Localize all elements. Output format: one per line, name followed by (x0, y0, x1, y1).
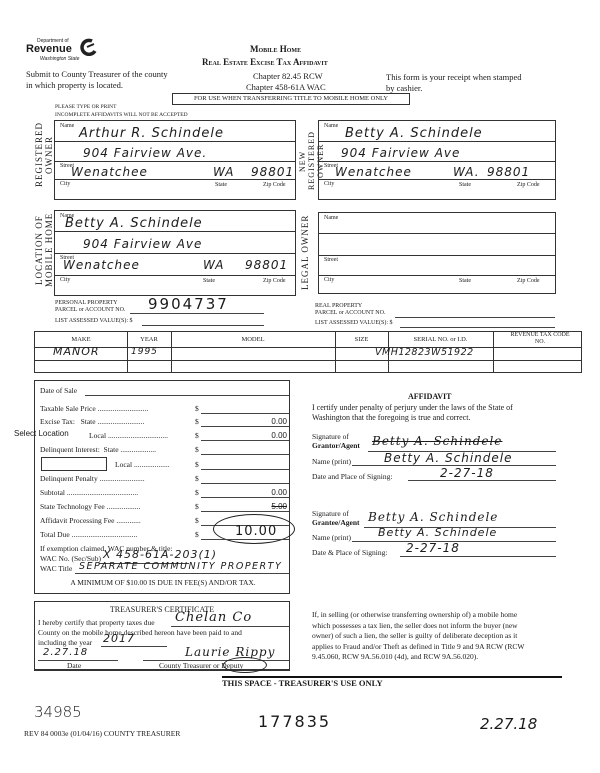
dollar-sign: $ (195, 488, 199, 497)
treasurer-use-only-label: THIS SPACE - TREASURER'S USE ONLY (222, 678, 383, 688)
state-label: State (203, 278, 215, 284)
registered-owner-name[interactable]: Arthur R. Schindele (79, 126, 224, 141)
new-registered-owner-box: Name Betty A. Schindele 904 Fairview Ave… (318, 120, 556, 200)
header-size: SIZE (335, 336, 388, 343)
treasurer-line1: I hereby certify that property taxes due (38, 618, 155, 627)
new-owner-zip[interactable]: 98801 (487, 165, 530, 179)
location-state[interactable]: WA (203, 258, 224, 272)
delinquent-local-label: Local ................... (115, 460, 170, 469)
total-due-label: Total Due ..............................… (40, 530, 137, 539)
excise-state-amount[interactable]: 0.00 (227, 417, 287, 426)
real-assessed-label: LIST ASSESSED VALUE(S): $ (315, 320, 393, 326)
grantee-sig-label-line2: Grantee/Agent (312, 518, 360, 527)
dollar-sign: $ (195, 474, 199, 483)
name-label: Name (60, 123, 74, 129)
handwritten-left-number: 34985 (34, 703, 82, 721)
dollar-sign: $ (195, 516, 199, 525)
personal-parcel-label: PARCEL or ACCOUNT NO. (55, 307, 125, 313)
header-model: MODEL (171, 336, 335, 343)
grantor-signature-label: Signature of Grantor/Agent (312, 432, 360, 450)
grantee-signature[interactable]: Betty A. Schindele (368, 510, 498, 524)
home-year[interactable]: 1995 (131, 347, 158, 357)
location-box: Name Betty A. Schindele 904 Fairview Ave… (54, 210, 296, 296)
treasurer-certificate-box: TREASURER'S CERTIFICATE I hereby certify… (34, 601, 290, 671)
lien-notice-line3: owner) of such a lien, the seller is gui… (312, 631, 524, 642)
excise-local-amount[interactable]: 0.00 (227, 431, 287, 440)
grantor-name[interactable]: Betty A. Schindele (384, 451, 512, 465)
registered-owner-box: Name Arthur R. Schindele 904 Fairview Av… (54, 120, 296, 200)
state-label: State (459, 182, 471, 188)
submit-note-line2: in which property is located. (26, 80, 168, 91)
street-label: Street (324, 257, 338, 263)
lien-notice-line5: 9.45.060, RCW 9A.56.010 (4d), and RCW 9A… (312, 652, 524, 663)
grantee-name-label: Name (print) (312, 533, 351, 542)
delinquent-penalty-label: Delinquent Penalty .....................… (40, 474, 145, 483)
grantee-date-label: Date & Place of Signing: (312, 548, 387, 557)
submit-note: Submit to County Treasurer of the county… (26, 69, 168, 91)
usage-banner: FOR USE WHEN TRANSFERRING TITLE TO MOBIL… (172, 93, 410, 105)
affidavit-cert-line2: Washington that the foregoing is true an… (312, 413, 470, 422)
registered-owner-city[interactable]: Wenatchee (71, 165, 148, 179)
handwritten-right-date: 2.27.18 (480, 715, 537, 733)
grantor-date[interactable]: 2-27-18 (440, 466, 494, 480)
location-address[interactable]: 904 Fairview Ave (83, 237, 202, 251)
new-owner-address[interactable]: 904 Fairview Ave (341, 146, 460, 160)
treasurer-signature[interactable]: Laurie Rippy (185, 645, 275, 659)
dollar-sign: $ (195, 530, 199, 539)
zip-label: Zip Code (263, 278, 286, 284)
header-make: MAKE (35, 336, 127, 343)
excise-label-text: Excise Tax: (40, 417, 75, 426)
city-label: City (60, 277, 70, 283)
real-property-label: REAL PROPERTY (315, 303, 362, 309)
city-label: City (324, 277, 334, 283)
delinquent-penalty-text: Delinquent Penalty (40, 474, 98, 483)
deputy-circle (223, 657, 267, 673)
treasurer-date-label: Date (67, 661, 81, 670)
receipt-note-line1: This form is your receipt when stamped (386, 72, 522, 83)
wac-title-label: WAC Title (40, 564, 72, 573)
treasurer-line3: including the year (38, 638, 92, 647)
dollar-sign: $ (195, 417, 199, 426)
grantor-signature[interactable]: Betty A. Schindele (372, 434, 502, 448)
registered-owner-zip[interactable]: 98801 (251, 165, 294, 179)
grantee-sig-label-line1: Signature of (312, 509, 360, 518)
subtotal-label: Subtotal ...............................… (40, 488, 138, 497)
processing-fee-text: Affidavit Processing Fee (40, 516, 114, 525)
excise-state-label: State (81, 417, 96, 426)
mobile-home-table: MAKE YEAR MODEL SIZE SERIAL NO. or I.D. … (34, 331, 582, 373)
grantor-sig-label-line1: Signature of (312, 432, 360, 441)
personal-parcel-number[interactable]: 9904737 (148, 295, 229, 313)
wac-number[interactable]: X 458-61A-203(1) (103, 548, 217, 561)
subtotal-amount[interactable]: 0.00 (227, 488, 287, 497)
real-parcel-label: PARCEL or ACCOUNT NO. (315, 310, 385, 316)
total-due-text: Total Due (40, 530, 70, 539)
form-title-line1: Mobile Home (250, 44, 301, 54)
delinquent-interest-text: Delinquent Interest: (40, 445, 100, 454)
section-label-legal-owner: LEGAL OWNER (300, 212, 316, 292)
personal-property-label: PERSONAL PROPERTY (55, 300, 118, 306)
treasurer-date[interactable]: 2.27.18 (43, 647, 88, 658)
select-location-label: Select Location (14, 429, 69, 438)
treasurer-year[interactable]: 2017 (103, 632, 135, 645)
taxable-price-label: Taxable Sale Price .....................… (40, 404, 148, 413)
handwritten-center-number: 177835 (258, 712, 331, 731)
processing-fee-label: Affidavit Processing Fee ............. (40, 516, 141, 525)
grantor-name-label: Name (print) (312, 457, 351, 466)
affidavit-title: AFFIDAVIT (408, 392, 451, 401)
tech-fee-amount[interactable]: 5.00 (227, 502, 287, 511)
lien-notice-line1: If, in selling (or otherwise transferrin… (312, 610, 524, 621)
taxable-price-text: Taxable Sale Price (40, 404, 96, 413)
delinquent-interest-label: Delinquent Interest: State .............… (40, 445, 156, 454)
lien-notice: If, in selling (or otherwise transferrin… (312, 610, 524, 663)
zip-label: Zip Code (517, 278, 540, 284)
section-label-new-registered-owner: NEW REGISTERED OWNER (298, 120, 320, 202)
lien-notice-line2: which possesses a tax lien, the seller d… (312, 621, 524, 632)
minimum-due-note: A MINIMUM OF $10.00 IS DUE IN FEE(S) AND… (35, 578, 291, 587)
dollar-sign: $ (195, 502, 199, 511)
dollar-sign: $ (195, 404, 199, 413)
zip-label: Zip Code (517, 182, 540, 188)
zip-label: Zip Code (263, 182, 286, 188)
logo-name: Revenue (26, 43, 72, 55)
instruction-type: PLEASE TYPE OR PRINT (55, 104, 116, 110)
chapter-rcw: Chapter 82.45 RCW (253, 71, 323, 81)
form-title-line2: Real Estate Excise Tax Affidavit (202, 57, 328, 67)
new-owner-city[interactable]: Wenatchee (335, 165, 412, 179)
location-select-box[interactable] (41, 457, 107, 471)
location-zip[interactable]: 98801 (245, 258, 288, 272)
dor-swirl-logo-icon (78, 38, 100, 56)
legal-owner-box: Name Street City State Zip Code (318, 212, 556, 294)
excise-local-text: Local (89, 431, 106, 440)
home-make[interactable]: MANOR (53, 345, 100, 358)
tech-fee-label: State Technology Fee .................. (40, 502, 140, 511)
grantee-date[interactable]: 2-27-18 (406, 541, 460, 555)
location-name[interactable]: Betty A. Schindele (65, 216, 203, 231)
personal-assessed-label: LIST ASSESSED VALUE(S): $ (55, 318, 133, 324)
city-label: City (324, 181, 334, 187)
excise-tax-label: Excise Tax: State ......................… (40, 417, 144, 426)
usage-banner-text: FOR USE WHEN TRANSFERRING TITLE TO MOBIL… (194, 95, 388, 102)
form-number: REV 84 0003e (01/04/16) COUNTY TREASURER (24, 729, 180, 738)
subtotal-text: Subtotal (40, 488, 65, 497)
state-label: State (459, 278, 471, 284)
grantor-sig-label-line2: Grantor/Agent (312, 441, 360, 450)
grantor-date-label: Date and Place of Signing: (312, 472, 392, 481)
grantee-name[interactable]: Betty A. Schindele (378, 526, 497, 539)
grantee-signature-label: Signature of Grantee/Agent (312, 509, 360, 527)
delinquent-local-text: Local (115, 460, 132, 469)
new-owner-name[interactable]: Betty A. Schindele (345, 126, 483, 141)
instruction-incomplete: INCOMPLETE AFFIDAVITS WILL NOT BE ACCEPT… (55, 112, 188, 118)
registered-owner-address[interactable]: 904 Fairview Ave. (83, 146, 207, 160)
header-year: YEAR (127, 336, 171, 343)
logo-state: Washington State (40, 56, 79, 62)
dollar-sign: $ (195, 460, 199, 469)
lien-notice-line4: applies to Fraud and/or Theft as defined… (312, 642, 524, 653)
state-label: State (215, 182, 227, 188)
tech-fee-text: State Technology Fee (40, 502, 105, 511)
dor-logo: Department of Revenue Washington State (26, 38, 106, 64)
wac-title[interactable]: SEPARATE COMMUNITY PROPERTY (79, 561, 282, 572)
city-label: City (60, 181, 70, 187)
chapter-wac: Chapter 458-61A WAC (246, 82, 326, 92)
tax-calculation-box: Date of Sale Taxable Sale Price ........… (34, 380, 290, 594)
date-of-sale-label: Date of Sale (40, 386, 77, 395)
name-label: Name (324, 215, 338, 221)
submit-note-line1: Submit to County Treasurer of the county (26, 69, 168, 80)
affidavit-cert-line1: I certify under penalty of perjury under… (312, 403, 513, 412)
header-serial: SERIAL NO. or I.D. (388, 336, 493, 343)
name-label: Name (324, 123, 338, 129)
registered-owner-state[interactable]: WA (213, 165, 234, 179)
dollar-sign: $ (195, 431, 199, 440)
dollar-sign: $ (195, 445, 199, 454)
location-city[interactable]: Wenatchee (63, 258, 140, 272)
treasurer-county[interactable]: Chelan Co (175, 610, 252, 625)
treasurer-line2: County on the mobile home described here… (38, 628, 242, 637)
new-owner-state[interactable]: WA. (453, 165, 480, 179)
header-tax-code: REVENUE TAX CODE NO. (505, 332, 575, 346)
delinquent-state-label: State (104, 445, 119, 454)
excise-local-label: Local ................................ (89, 431, 168, 440)
home-serial[interactable]: VMH12823W51922 (375, 347, 474, 358)
receipt-note: This form is your receipt when stamped b… (386, 72, 522, 94)
